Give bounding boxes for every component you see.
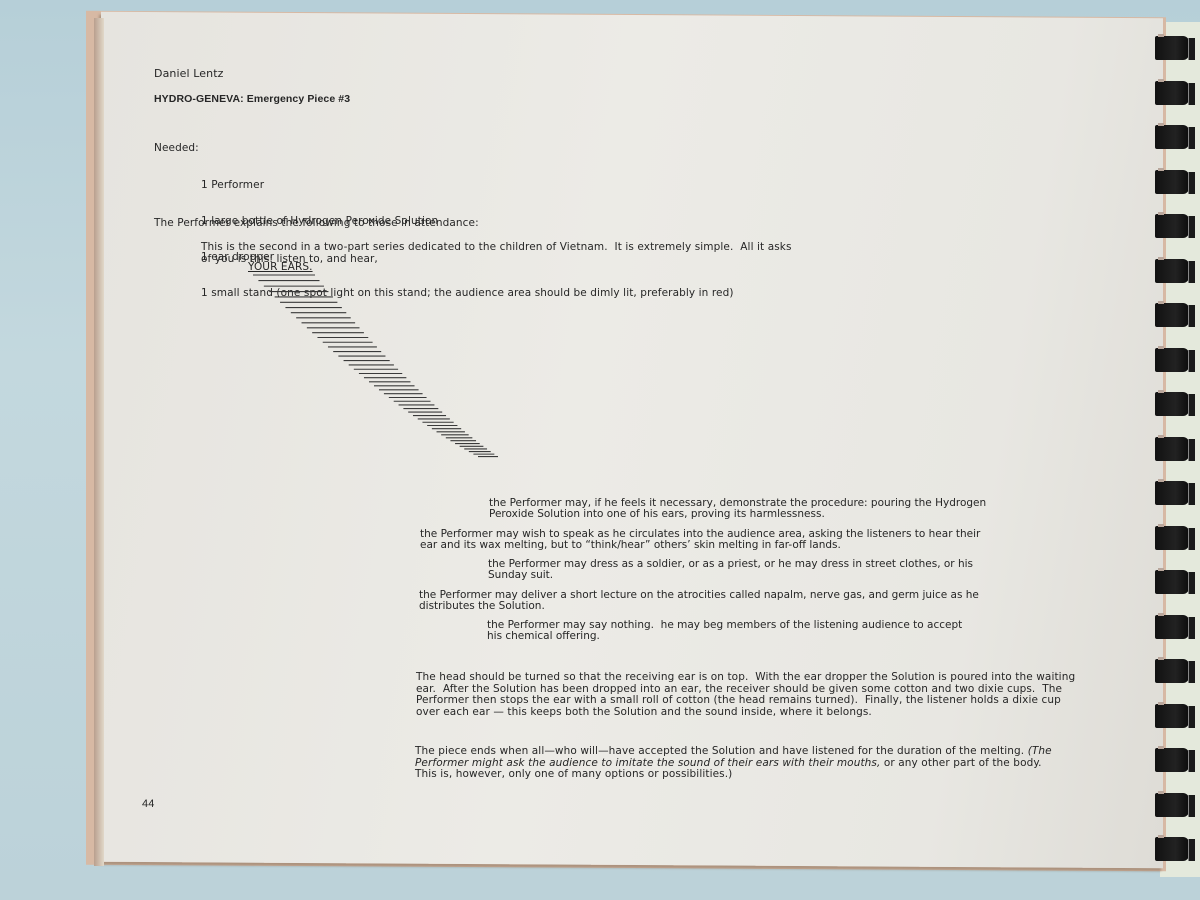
option-dress: the Performer may dress as a soldier, or… [488, 559, 973, 581]
option-lecture: the Performer may deliver a short lectur… [419, 590, 979, 612]
binding-ring [1155, 437, 1189, 461]
option-circulate: the Performer may wish to speak as he ci… [420, 529, 980, 551]
piece-title: HYDRO-GENEVA: Emergency Piece #3 [154, 93, 350, 105]
needed-label: Needed: [154, 142, 199, 154]
page-number: 44 [142, 798, 154, 810]
binding-ring [1155, 748, 1189, 772]
your-ears-heading: YOUR EARS. [248, 261, 313, 273]
needed-item: 1 Performer [201, 179, 734, 191]
binding-ring [1155, 526, 1189, 550]
binding-ring [1155, 392, 1189, 416]
binding-ring [1155, 481, 1189, 505]
binding-ring [1155, 303, 1189, 327]
binding-ring [1155, 793, 1189, 817]
option-say-nothing: the Performer may say nothing. he may be… [487, 620, 962, 642]
binding-ring [1155, 125, 1189, 149]
binding-ring [1155, 81, 1189, 105]
binding-ring [1155, 170, 1189, 194]
binding-ring [1155, 36, 1189, 60]
ending-paragraph: The piece ends when all—who will—have ac… [415, 746, 1052, 781]
needed-item: 1 small stand (one spot light on this st… [201, 287, 734, 299]
binding-ring [1155, 259, 1189, 283]
binding-ring [1155, 615, 1189, 639]
binding-ring [1155, 659, 1189, 683]
intro-sentence: The Performer explains the following to … [154, 217, 479, 229]
ending-text: The piece ends when all—who will—have ac… [415, 745, 1024, 757]
binding-ring [1155, 837, 1189, 861]
binding-ring [1155, 570, 1189, 594]
binding-ring [1155, 214, 1189, 238]
author-name: Daniel Lentz [154, 68, 224, 80]
binding-ring [1155, 348, 1189, 372]
book-page [101, 12, 1163, 868]
procedure-paragraph: The head should be turned so that the re… [416, 672, 1075, 718]
page-left-edge [94, 18, 104, 866]
binding-ring [1155, 704, 1189, 728]
option-demonstrate: the Performer may, if he feels it necess… [489, 498, 986, 520]
needed-list: 1 Performer 1 large bottle of Hydrogen P… [201, 155, 734, 311]
